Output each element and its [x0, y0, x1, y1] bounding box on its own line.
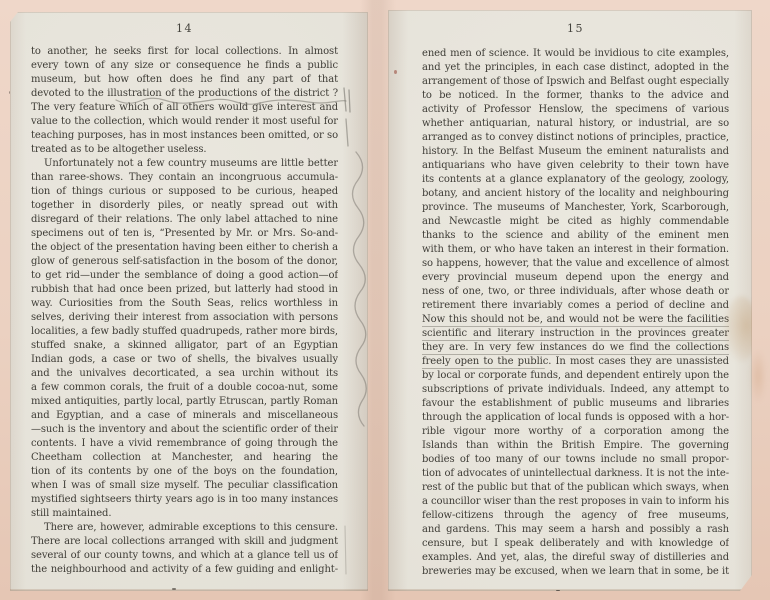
text-line: localities, a few badly stuffed quadrupe…: [31, 325, 338, 339]
text-line: whether antiquarian, natural history, or…: [422, 117, 729, 131]
text-line: tion of its contents by one of the boys …: [31, 465, 338, 479]
text-line: rubbish that had once been prized, but l…: [31, 283, 338, 297]
text-line: several of our county towns, and which a…: [31, 549, 338, 563]
text-line: tion of advocates of unintellectual dark…: [422, 467, 729, 481]
text-line: There are local collections arranged wit…: [31, 535, 338, 549]
text-line: mystified sightseers thirty years ago is…: [31, 493, 338, 507]
text-line: still maintained.: [31, 507, 338, 521]
text-line: Islands than within the British Empire. …: [422, 439, 729, 453]
text-line: disregard of their relations. The only l…: [31, 213, 338, 227]
text-line: stuffed snake, a skinned alligator, part…: [31, 339, 338, 353]
text-line: the neighbourhood and activity of a few …: [31, 563, 338, 577]
text-line: its contents at a glance explanatory of …: [422, 173, 729, 187]
text-line: mixed antiquities, partly local, partly …: [31, 395, 338, 409]
page-number: 15: [422, 22, 729, 35]
text-line: every town of any size or consequence he…: [31, 59, 338, 73]
ink-speck: [394, 70, 397, 74]
text-line: fellow-citizens through the agency of fr…: [422, 509, 729, 523]
text-line: The very feature which of all others wou…: [31, 101, 338, 115]
pencil-faint-stroke: [345, 526, 346, 574]
text-line: ness of one, two, or three individuals, …: [422, 285, 729, 299]
text-line: a councillor wiser than the rest propose…: [422, 495, 729, 509]
text-line: province. The museums of Manchester, Yor…: [422, 201, 729, 215]
text-line: when I was of small size myself. The pec…: [31, 479, 338, 493]
text-line: to be noticed. In the former, thanks to …: [422, 89, 729, 103]
text-line: and gardens. This may seem a harsh and p…: [422, 523, 729, 537]
text-line: Unfortunately not a few country museums …: [31, 157, 338, 171]
pencil-margin-squiggle: [353, 152, 367, 426]
text-line: so happens, however, that the value and …: [422, 257, 729, 271]
text-line: devoted to the illustration of the produ…: [31, 87, 338, 101]
text-line: the object of the presentation having be…: [31, 241, 338, 255]
text-line: every provincial museum depend upon the …: [422, 271, 729, 285]
text-line: they are. In very few instances do we fi…: [422, 341, 729, 355]
text-line: and yet the principles, in each case dis…: [422, 61, 729, 75]
text-line: Now this should not be, and would not be…: [422, 313, 729, 327]
text-line: favour the establishment of public museu…: [422, 397, 729, 411]
page-number: 14: [31, 22, 338, 35]
text-line: antiquarians who have given celebrity to…: [422, 159, 729, 173]
text-line: together in disorderly piles, or neatly …: [31, 199, 338, 213]
pencil-double-tick: [344, 88, 350, 112]
text-line: selves, deriving their interest from ass…: [31, 311, 338, 325]
foxing-stain: [724, 296, 758, 362]
text-line: thanks to the science and ability of the…: [422, 229, 729, 243]
text-line: contents. I have a vivid remembrance of …: [31, 437, 338, 451]
text-block: to another, he seeks first for local col…: [31, 45, 338, 577]
text-line: tion of things curious or supposed to be…: [31, 185, 338, 199]
text-line: and Newcastle might be cited as highly c…: [422, 215, 729, 229]
text-line: arrangement of those of Ipswich and Belf…: [422, 75, 729, 89]
text-line: freely open to the public. In most cases…: [422, 355, 729, 369]
text-line: examples. And yet, alas, the direful swa…: [422, 551, 729, 565]
text-line: activity of Professor Henslow, the speci…: [422, 103, 729, 117]
text-line: rest of the public but that of the publi…: [422, 481, 729, 495]
text-line: specimens out of ten is, “Presented by M…: [31, 227, 338, 241]
pencil-margin-stroke: [346, 119, 348, 146]
printers-mark: [172, 588, 176, 590]
text-line: museum, but how often does he find any p…: [31, 73, 338, 87]
text-line: by local or corporate funds, and depende…: [422, 369, 729, 383]
printers-mark: [556, 590, 560, 593]
text-line: bodies of too many of our towns include …: [422, 453, 729, 467]
text-line: subscriptions of private individuals. In…: [422, 383, 729, 397]
text-line: way. Curiosities from the South Seas, re…: [31, 297, 338, 311]
text-line: glow of generous self-satisfaction in th…: [31, 255, 338, 269]
text-line: Indian gods, a case or two of shells, th…: [31, 353, 338, 367]
text-line: to another, he seeks first for local col…: [31, 45, 338, 59]
text-line: and the univalves decorticated, a sea ur…: [31, 367, 338, 381]
text-line: censure, but I speak deliberately and wi…: [422, 537, 729, 551]
text-line: ened men of science. It would be invidio…: [422, 47, 729, 61]
page-15: 15 ened men of science. It would be invi…: [388, 10, 752, 591]
page-14: 14 to another, he seeks first for local …: [10, 12, 368, 591]
text-line: than raree-shows. They contain an incong…: [31, 171, 338, 185]
text-line: breweries may be excused, when we learn …: [422, 565, 729, 579]
text-line: value to the collection, which would ren…: [31, 115, 338, 129]
text-line: —such is the inventory and about the sci…: [31, 423, 338, 437]
text-line: scientific and literary instruction in t…: [422, 327, 729, 341]
text-line: history. In the Belfast Museum the emine…: [422, 145, 729, 159]
text-line: arranged as to convey distinct notions o…: [422, 131, 729, 145]
text-line: with them, or who have taken an interest…: [422, 243, 729, 257]
text-line: There are, however, admirable exceptions…: [31, 521, 338, 535]
text-line: a few common corals, the fruit of a doub…: [31, 381, 338, 395]
text-line: to get rid—under the semblance of doing …: [31, 269, 338, 283]
text-line: and Egyptian, and a case of minerals and…: [31, 409, 338, 423]
text-block: ened men of science. It would be invidio…: [422, 47, 729, 579]
text-line: through the application of local funds i…: [422, 411, 729, 425]
foxing-stain-edge: [750, 350, 766, 402]
text-line: Cheetham collection at Manchester, and h…: [31, 451, 338, 465]
text-line: botany, and ancient history of the local…: [422, 187, 729, 201]
text-line: treated as to be altogether useless.: [31, 143, 338, 157]
text-line: rible vigour more worthy of a corporatio…: [422, 425, 729, 439]
text-line: retirement there invariably comes a peri…: [422, 299, 729, 313]
text-line: teaching purposes, has in most instances…: [31, 129, 338, 143]
